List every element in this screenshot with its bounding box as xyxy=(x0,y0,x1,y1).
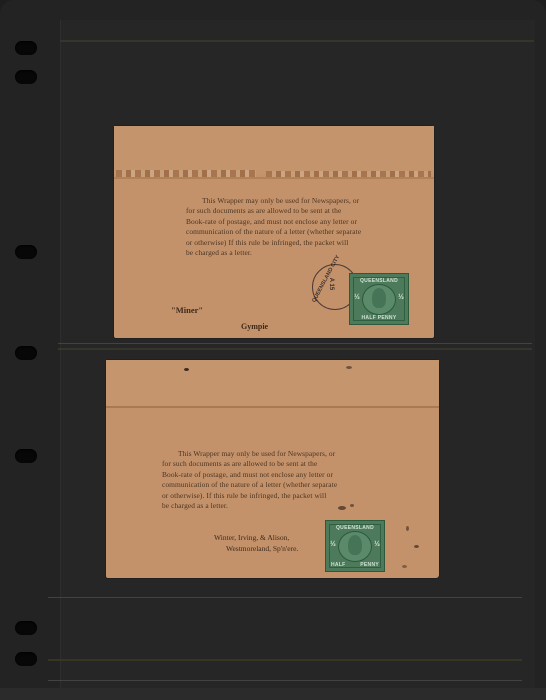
postal-notice: This Wrapper may only be used for Newspa… xyxy=(162,449,337,511)
stock-sheet xyxy=(60,20,535,690)
postmark-code: A 15 xyxy=(328,278,334,290)
stain-spot xyxy=(346,366,352,369)
addressee: "Miner" xyxy=(171,305,203,315)
notice-line: Book-rate of postage, and must not enclo… xyxy=(186,217,361,227)
binder-hole xyxy=(15,449,37,463)
notice-line: for such documents as are allowed to be … xyxy=(186,206,361,216)
monarch-portrait xyxy=(372,288,386,308)
binder-hole xyxy=(15,245,37,259)
notice-line: communication of the nature of a letter … xyxy=(162,480,337,490)
monarch-portrait xyxy=(348,535,362,555)
stamp-value-right: ½ xyxy=(374,541,380,548)
stain-spot xyxy=(184,368,189,371)
binder-hole xyxy=(15,41,37,55)
notice-line: This Wrapper may only be used for Newspa… xyxy=(186,196,361,206)
wrapper-flap xyxy=(106,360,439,406)
pocket-strip xyxy=(58,343,532,344)
notice-line: This Wrapper may only be used for Newspa… xyxy=(162,449,337,459)
addressee-line-1: Winter, Irving, & Alison, xyxy=(214,533,289,542)
stamp-value-left: ½ xyxy=(330,541,336,548)
stamp-denomination: HALF PENNY xyxy=(350,315,408,321)
fold-line xyxy=(106,406,439,408)
page-bottom-edge xyxy=(0,688,546,700)
postmark-smudge xyxy=(414,545,419,548)
postmark-smudge xyxy=(402,565,407,568)
binder-hole xyxy=(15,70,37,84)
wrapper-flap xyxy=(114,126,434,174)
pocket-strip xyxy=(58,348,532,350)
pocket-strip xyxy=(48,659,522,661)
stamp-denomination-right: PENNY xyxy=(326,562,379,568)
binder-hole xyxy=(15,652,37,666)
destination: Gympie xyxy=(241,322,268,331)
notice-line: or otherwise) If this rule be infringed,… xyxy=(186,238,361,248)
postal-notice: This Wrapper may only be used for Newspa… xyxy=(186,196,361,258)
newspaper-wrapper-top: This Wrapper may only be used for Newspa… xyxy=(114,126,434,338)
newspaper-wrapper-bottom: This Wrapper may only be used for Newspa… xyxy=(106,360,439,578)
addressee-line-2: Westmoreland, Sp'n'ere. xyxy=(226,544,298,553)
half-penny-stamp: QUEENSLAND ½ ½ HALF PENNY xyxy=(325,520,385,572)
stamp-country: QUEENSLAND xyxy=(326,525,384,531)
notice-line: for such documents as are allowed to be … xyxy=(162,459,337,469)
stamp-value-right: ½ xyxy=(398,294,404,301)
notice-line: be charged as a letter. xyxy=(162,501,337,511)
half-penny-stamp: QUEENSLAND ½ ½ HALF PENNY xyxy=(349,273,409,325)
fold-line xyxy=(114,177,434,179)
binder-hole xyxy=(15,621,37,635)
gum-stain xyxy=(116,170,256,177)
pocket-strip xyxy=(48,680,522,681)
postmark-smudge xyxy=(406,526,409,531)
postmark-smudge xyxy=(338,506,346,510)
pocket-strip xyxy=(48,597,522,598)
postmark-smudge xyxy=(350,504,354,507)
stamp-country: QUEENSLAND xyxy=(350,278,408,284)
stamp-value-left: ½ xyxy=(354,294,360,301)
album-page: This Wrapper may only be used for Newspa… xyxy=(0,0,546,700)
pocket-strip xyxy=(60,40,534,42)
binder-hole xyxy=(15,346,37,360)
notice-line: Book-rate of postage, and must not enclo… xyxy=(162,470,337,480)
notice-line: communication of the nature of a letter … xyxy=(186,227,361,237)
notice-line: or otherwise). If this rule be infringed… xyxy=(162,491,337,501)
